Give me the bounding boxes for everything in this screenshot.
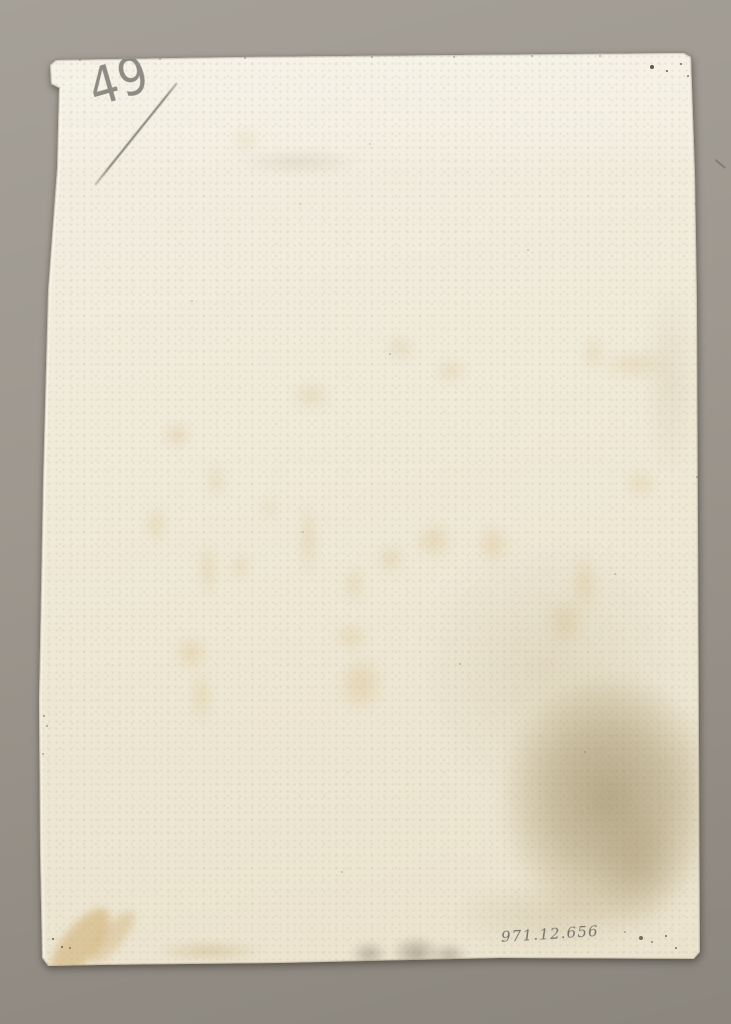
paper-specks: [39, 53, 41, 55]
photo-background: { "scene": { "subject": "verso-of-paper-…: [0, 0, 731, 1024]
paper-sheet-verso: 49 971.12.656: [39, 53, 701, 966]
water-stain-bottom-edge: [39, 53, 701, 966]
paper-sheet-wrapper: 49 971.12.656: [0, 0, 731, 1024]
pencil-inscription-49: 49: [83, 48, 155, 115]
